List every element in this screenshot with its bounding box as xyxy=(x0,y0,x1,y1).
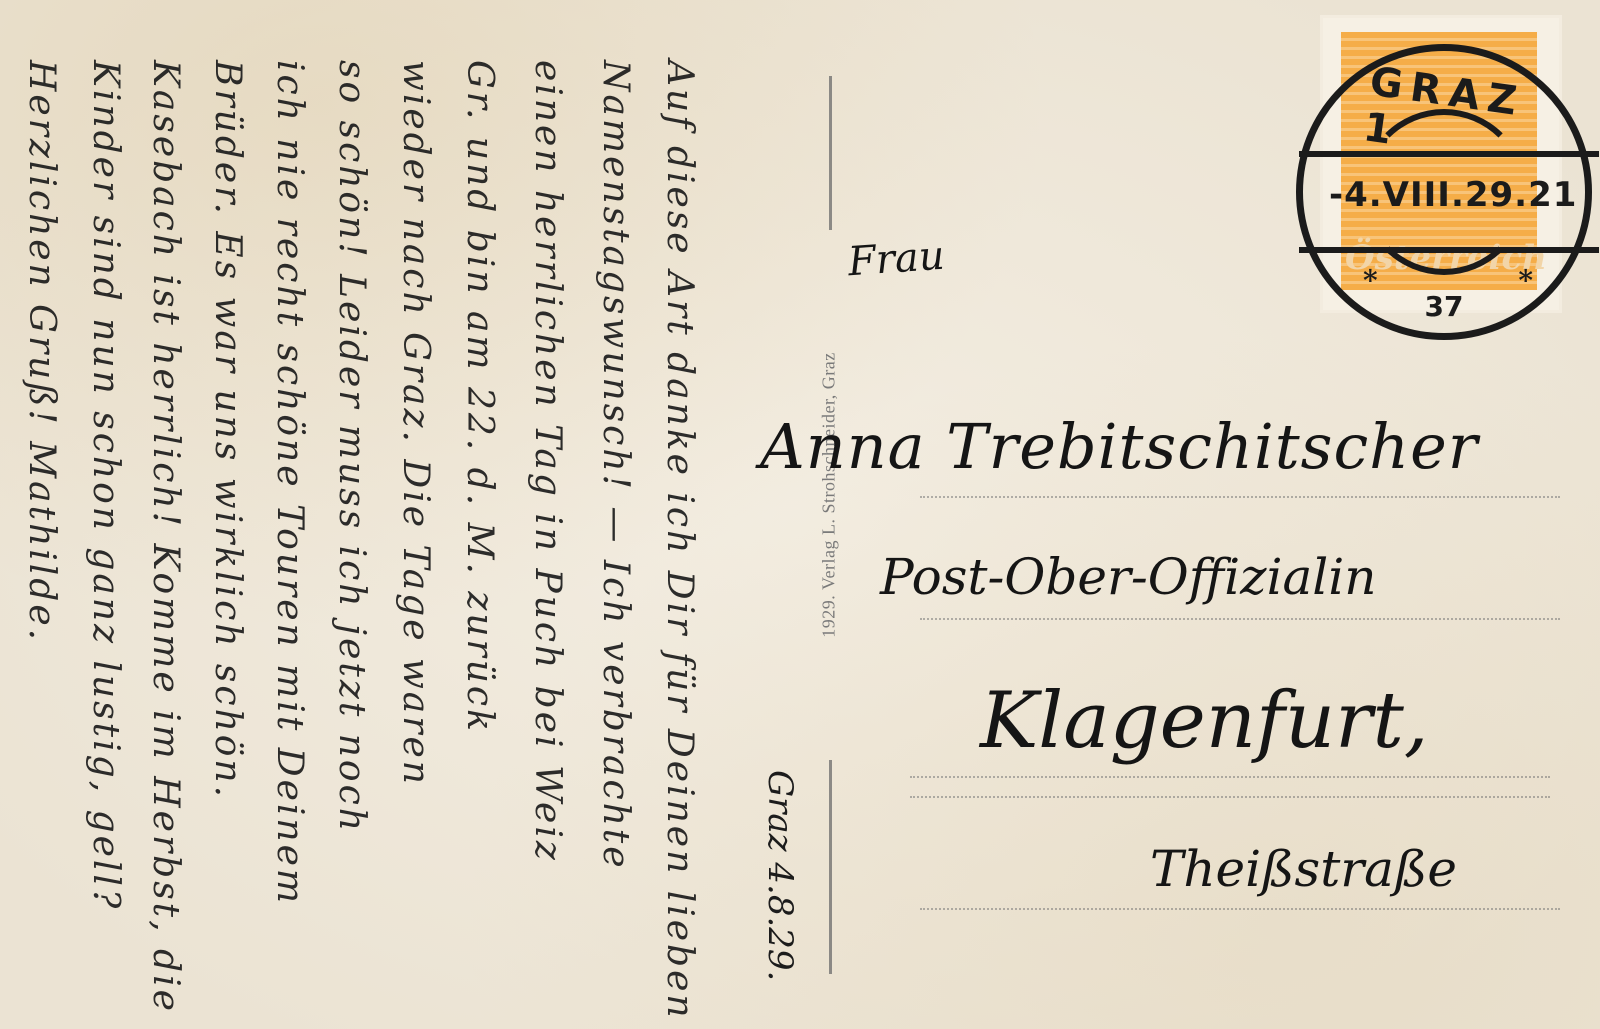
message-line: Namenstagswunsch! — Ich verbrachte xyxy=(595,60,636,871)
postmark-date: -4.VIII.29.21 xyxy=(1329,175,1577,215)
message-line: Kinder sind nun schon ganz lustig, gell? xyxy=(85,60,126,911)
message-line: Auf diese Art danke ich Dir für Deinen l… xyxy=(659,60,700,1021)
postmark-office-number: 37 xyxy=(1425,290,1464,323)
message-line: wieder nach Graz. Die Tage waren xyxy=(395,60,436,787)
recipient-title: Post-Ober-Offizialin xyxy=(880,548,1376,606)
publisher-imprint: 1929. Verlag L. Strohschneider, Graz xyxy=(819,352,840,637)
address-line xyxy=(920,908,1560,910)
place-date: Graz 4.8.29. xyxy=(760,770,800,981)
message-line: ich nie recht schöne Touren mit Deinem xyxy=(269,60,310,906)
divider-line xyxy=(829,76,832,230)
handwritten-message: Auf diese Art danke ich Dir für Deinen l… xyxy=(0,0,780,1029)
message-line: so schön! Leider muss ich jetzt noch xyxy=(331,60,372,834)
recipient-city: Klagenfurt, xyxy=(980,676,1429,766)
recipient-name: Anna Trebitschitscher xyxy=(760,410,1478,483)
message-line: einen herrlichen Tag in Puch bei Weiz xyxy=(527,60,568,863)
postmark-star-icon: * xyxy=(1518,264,1533,297)
address-line xyxy=(910,796,1550,798)
recipient-street: Theißstraße xyxy=(1150,840,1457,898)
message-line: Kasebach ist herrlich! Komme im Herbst, … xyxy=(145,60,186,1014)
postmark-bar xyxy=(1299,151,1599,157)
postmark-bar xyxy=(1299,247,1599,253)
message-line: Herzlichen Gruß! Mathilde. xyxy=(21,60,62,643)
postcard: Auf diese Art danke ich Dir für Deinen l… xyxy=(0,0,1600,1029)
postmark-star-icon: * xyxy=(1363,264,1378,297)
address-line xyxy=(920,618,1560,620)
divider-line xyxy=(829,760,832,974)
postmark-cancellation: GRAZ 1 -4.VIII.29.21 * * 37 xyxy=(1296,44,1592,340)
address-line xyxy=(910,776,1550,778)
message-line: Brüder. Es war uns wirklich schön. xyxy=(207,60,248,800)
address-line xyxy=(920,496,1560,498)
message-line: Gr. und bin am 22. d. M. zurück xyxy=(459,60,500,734)
address-salutation: Frau xyxy=(847,233,946,286)
